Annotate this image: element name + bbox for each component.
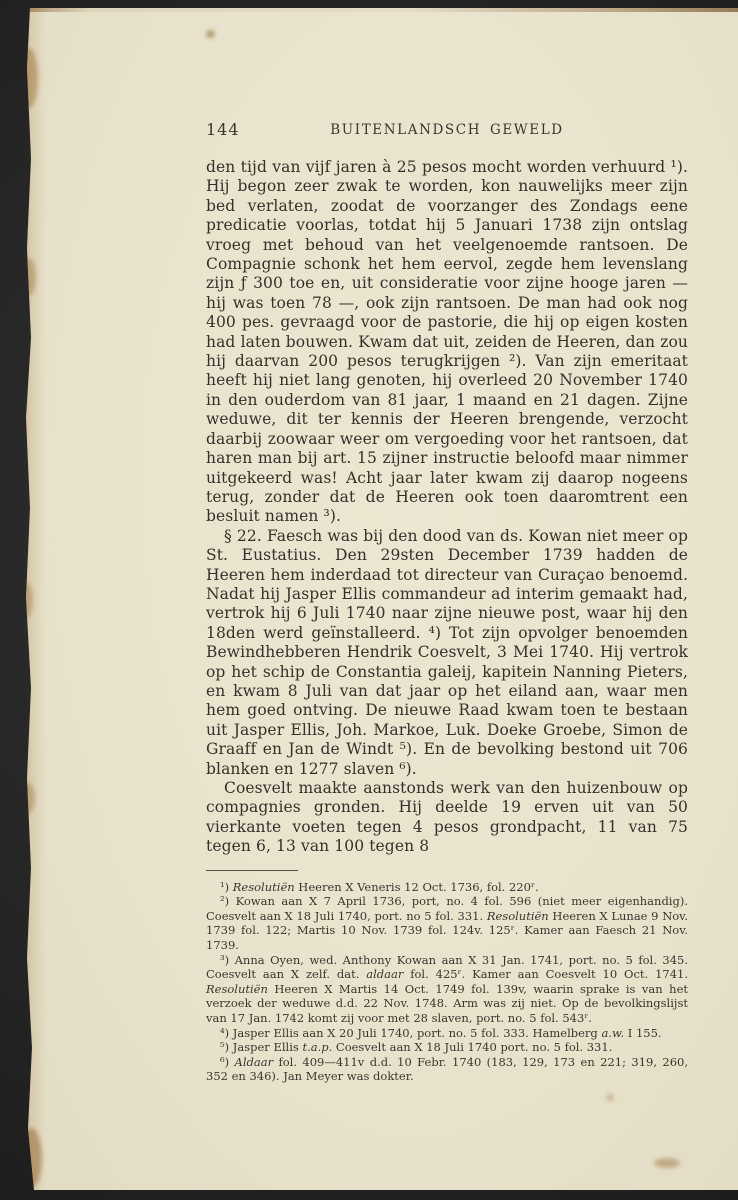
- footnote-5: ⁵) Jasper Ellis t.a.p. Coesvelt aan X 18…: [206, 1040, 688, 1055]
- footnote-3: ³) Anna Oyen, wed. Anthony Kowan aan X 3…: [206, 953, 688, 1026]
- paper-stain: [20, 1128, 42, 1188]
- paper-stain: [206, 30, 215, 38]
- paper-stain: [22, 258, 36, 296]
- paper-stain: [606, 1094, 614, 1101]
- paper-stain: [21, 583, 33, 617]
- footnote-4: ⁴) Jasper Ellis aan X 20 Juli 1740, port…: [206, 1026, 688, 1041]
- body-paragraph-coesvelt: Coesvelt maakte aanstonds werk van den h…: [206, 779, 688, 857]
- body-paragraph-continued: den tijd van vijf jaren à 25 pesos mocht…: [206, 158, 688, 527]
- footnotes: ¹) Resolutiën Heeren X Veneris 12 Oct. 1…: [206, 880, 688, 1084]
- footnote-separator-rule: [206, 870, 298, 871]
- footnote-1: ¹) Resolutiën Heeren X Veneris 12 Oct. 1…: [206, 880, 688, 895]
- page-header: 144 BUITENLANDSCH GEWELD: [206, 120, 688, 142]
- paper-stain: [20, 48, 38, 108]
- book-page: 144 BUITENLANDSCH GEWELD den tijd van vi…: [18, 8, 738, 1190]
- text-block: den tijd van vijf jaren à 25 pesos mocht…: [206, 158, 688, 1084]
- paper-stain: [654, 1158, 680, 1168]
- paper-top-edge-stain: [18, 8, 738, 12]
- paper-stain: [22, 783, 35, 813]
- footnote-2: ²) Kowan aan X 7 April 1736, port, no. 4…: [206, 894, 688, 952]
- footnote-6: ⁶) Aldaar fol. 409—411v d.d. 10 Febr. 17…: [206, 1055, 688, 1084]
- running-title: BUITENLANDSCH GEWELD: [206, 122, 688, 138]
- scan-background: { "page": { "number": "144", "header_tit…: [0, 0, 738, 1200]
- body-paragraph-section-22: § 22. Faesch was bij den dood van ds. Ko…: [206, 527, 688, 779]
